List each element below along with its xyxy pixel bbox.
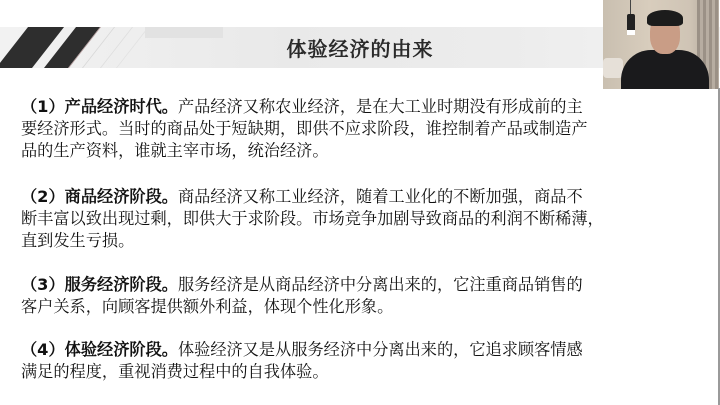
- paragraph-commodity-economy: （2）商品经济阶段。商品经济又称工业经济，随着工业化的不断加强，商品不 断丰富以…: [21, 186, 611, 252]
- paragraph-line: 满足的程度，重视消费过程中的自我体验。: [21, 362, 329, 381]
- paragraph-product-economy: （1）产品经济时代。产品经济又称农业经济，是在大工业时期没有形成前的主 要经济形…: [21, 96, 611, 162]
- paragraph-service-economy: （3）服务经济阶段。服务经济是从商品经济中分离出来的，它注重商品销售的 客户关系…: [21, 274, 611, 318]
- lamp-light: [627, 30, 635, 35]
- paragraph-experience-economy: （4）体验经济阶段。体验经济又是从服务经济中分离出来的，它追求顾客情感 满足的程…: [21, 339, 611, 383]
- paragraph-line: 要经济形式。当时的商品处于短缺期，即供不应求阶段，谁控制着产品或制造产: [21, 119, 588, 138]
- presenter-hair: [647, 10, 683, 26]
- webcam-overlay[interactable]: [603, 0, 719, 89]
- presenter-body: [621, 50, 709, 89]
- paragraph-line: 体验经济又是从服务经济中分离出来的，它追求顾客情感: [178, 340, 583, 359]
- paragraph-line: 商品经济又称工业经济，随着工业化的不断加强，商品不: [178, 187, 583, 206]
- paragraph-line: 品的生产资料，谁就主宰市场，统治经济。: [21, 141, 329, 160]
- paragraph-line: 直到发生亏损。: [21, 231, 134, 250]
- paragraph-line: 断丰富以致出现过剩，即供大于求阶段。市场竞争加剧导致商品的利润不断稀薄，: [21, 209, 604, 228]
- paragraph-heading: （2）商品经济阶段。: [21, 187, 178, 206]
- paragraph-heading: （1）产品经济时代。: [21, 97, 178, 116]
- pillow: [603, 58, 623, 78]
- paragraph-line: 客户关系，向顾客提供额外利益，体现个性化形象。: [21, 297, 393, 316]
- paragraph-line: 产品经济又称农业经济，是在大工业时期没有形成前的主: [178, 97, 583, 116]
- paragraph-heading: （4）体验经济阶段。: [21, 340, 178, 359]
- paragraph-line: 服务经济是从商品经济中分离出来的，它注重商品销售的: [178, 275, 583, 294]
- paragraph-heading: （3）服务经济阶段。: [21, 275, 178, 294]
- lamp-cord: [630, 0, 631, 14]
